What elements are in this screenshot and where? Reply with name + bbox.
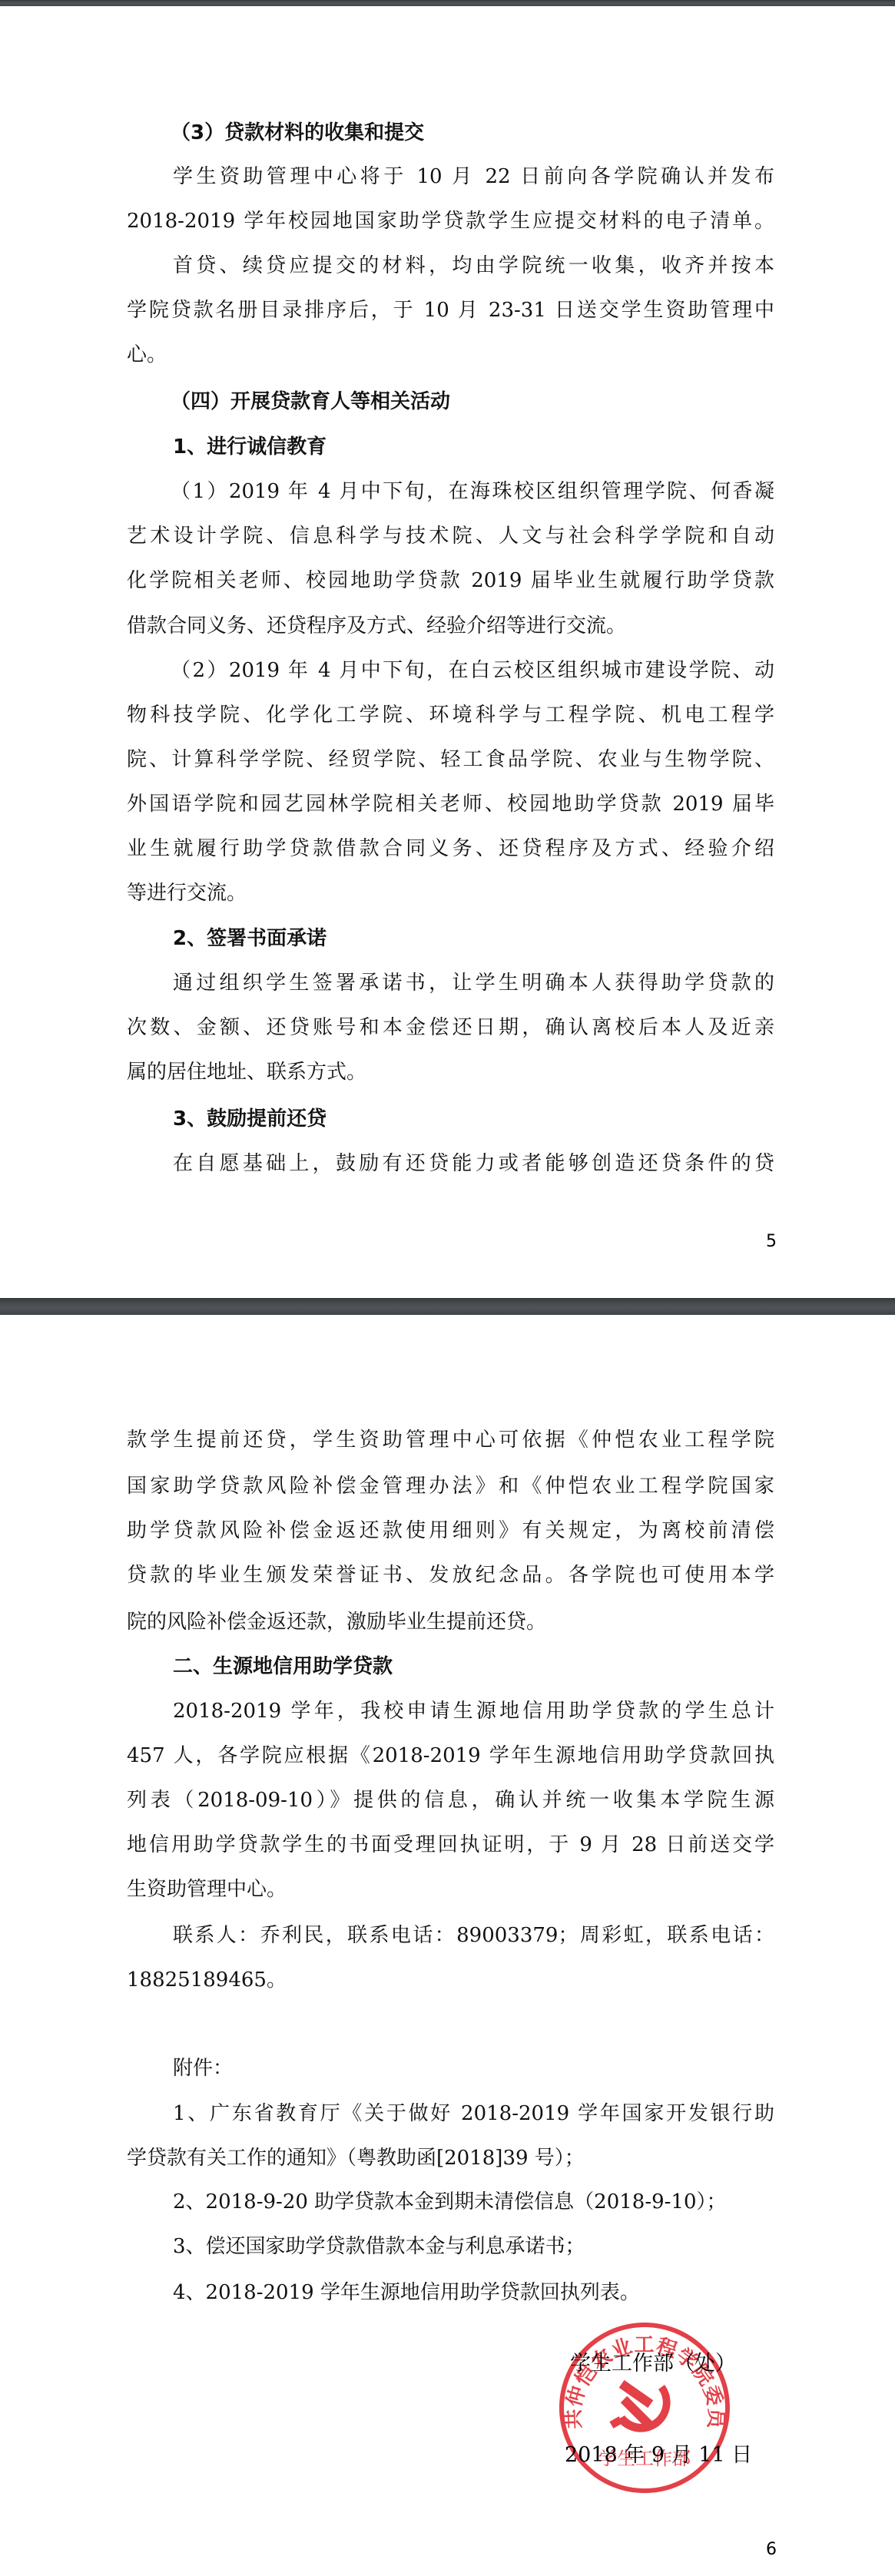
paragraph-line: 次数、金额、还贷账号和本金偿还日期，确认离校后本人及近亲: [127, 1014, 774, 1041]
issuing-department: 学生工作部（处）: [570, 2350, 736, 2378]
page-separator: [0, 1298, 895, 1315]
paragraph-line: 款学生提前还贷，学生资助管理中心可依据《仲恺农业工程学院: [127, 1426, 774, 1454]
hammer-sickle-icon: [609, 2380, 670, 2432]
subsection-heading: 1、进行诚信教育: [173, 433, 327, 461]
paragraph-line: 通过组织学生签署承诺书，让学生明确本人获得助学贷款的: [173, 969, 774, 997]
paragraph-line: 生资助管理中心。: [127, 1876, 287, 1903]
paragraph-line: 首贷、续贷应提交的材料，均由学院统一收集，收齐并按本: [173, 252, 774, 280]
paragraph-line: （1）2019 年 4 月中下旬，在海珠校区组织管理学院、何香凝: [171, 478, 774, 505]
attachments-label: 附件：: [173, 2055, 233, 2082]
paragraph-line: 属的居住地址、联系方式。: [127, 1058, 366, 1086]
attachment-item: 学贷款有关工作的通知》（粤教助函[2018]39 号）；: [127, 2144, 585, 2172]
section-heading: （四）开展贷款育人等相关活动: [171, 388, 450, 416]
paragraph-line: 457 人，各学院应根据《2018-2019 学年生源地信用助学贷款回执: [127, 1742, 774, 1770]
attachment-item: 4、2018-2019 学年生源地信用助学贷款回执列表。: [173, 2279, 640, 2306]
paragraph-line: 2018-2019 学年，我校申请生源地信用助学贷款的学生总计: [173, 1697, 774, 1725]
contact-phone: 18825189465。: [127, 1966, 287, 1994]
paragraph-line: 列表（2018-09-10）》提供的信息，确认并统一收集本学院生源: [127, 1786, 774, 1814]
paragraph-line: 学院贷款名册目录排序后，于 10 月 23-31 日送交学生资助管理中: [127, 296, 774, 324]
paragraph-line: 在自愿基础上，鼓励有还贷能力或者能够创造还贷条件的贷: [173, 1150, 774, 1177]
paragraph-line: 化学院相关老师、校园地助学贷款 2019 届毕业生就履行助学贷款: [127, 567, 774, 594]
subsection-heading: 2、签署书面承诺: [173, 925, 327, 952]
subsection-heading: 3、鼓励提前还贷: [173, 1105, 327, 1133]
contact-line: 联系人：乔利民，联系电话：89003379；周彩虹，联系电话：: [173, 1922, 774, 1949]
paragraph-line: 物科技学院、化学化工学院、环境科学与工程学院、机电工程学: [127, 701, 774, 729]
attachment-item: 2、2018-9-20 助学贷款本金到期未清偿信息（2018-9-10）；: [173, 2188, 727, 2216]
attachment-item: 3、偿还国家助学贷款借款本金与利息承诺书；: [173, 2233, 585, 2260]
page-separator-top: [0, 0, 895, 6]
paragraph-line: （2）2019 年 4 月中下旬，在白云校区组织城市建设学院、动: [171, 657, 774, 684]
paragraph-line: 借款合同义务、还贷程序及方式、经验介绍等进行交流。: [127, 612, 626, 640]
document-page-5: [0, 6, 895, 1298]
paragraph-line: 等进行交流。: [127, 879, 247, 907]
paragraph-line: 学生资助管理中心将于 10 月 22 日前向各学院确认并发布: [173, 163, 774, 190]
paragraph-line: 艺术设计学院、信息科学与技术院、人文与社会科学学院和自动: [127, 522, 774, 550]
paragraph-line: 贷款的毕业生颁发荣誉证书、发放纪念品。各学院也可使用本学: [127, 1561, 774, 1589]
paragraph-line: 助学贷款风险补偿金返还款使用细则》有关规定，为离校前清偿: [127, 1517, 774, 1545]
paragraph-line: 外国语学院和园艺园林学院相关老师、校园地助学贷款 2019 届毕: [127, 790, 774, 818]
paragraph-line: 2018-2019 学年校园地国家助学贷款学生应提交材料的电子清单。: [127, 207, 774, 235]
issue-date: 2018 年 9 月 11 日: [565, 2442, 752, 2469]
attachment-item: 1、广东省教育厅《关于做好 2018-2019 学年国家开发银行助: [173, 2100, 774, 2127]
paragraph-line: 心。: [127, 341, 167, 369]
paragraph-line: 院的风险补偿金返还款，激励毕业生提前还贷。: [127, 1608, 546, 1636]
paragraph-line: 地信用助学贷款学生的书面受理回执证明，于 9 月 28 日前送交学: [127, 1831, 774, 1859]
section-heading: （3）贷款材料的收集和提交: [171, 119, 424, 147]
paragraph-line: 国家助学贷款风险补偿金管理办法》和《仲恺农业工程学院国家: [127, 1472, 774, 1500]
paragraph-line: 院、计算科学学院、经贸学院、轻工食品学院、农业与生物学院、: [127, 746, 774, 773]
section-heading: 二、生源地信用助学贷款: [173, 1653, 393, 1680]
paragraph-line: 业生就履行助学贷款借款合同义务、还贷程序及方式、经验介绍: [127, 835, 774, 863]
page-number: 5: [766, 1232, 777, 1252]
page-number: 6: [766, 2540, 777, 2560]
